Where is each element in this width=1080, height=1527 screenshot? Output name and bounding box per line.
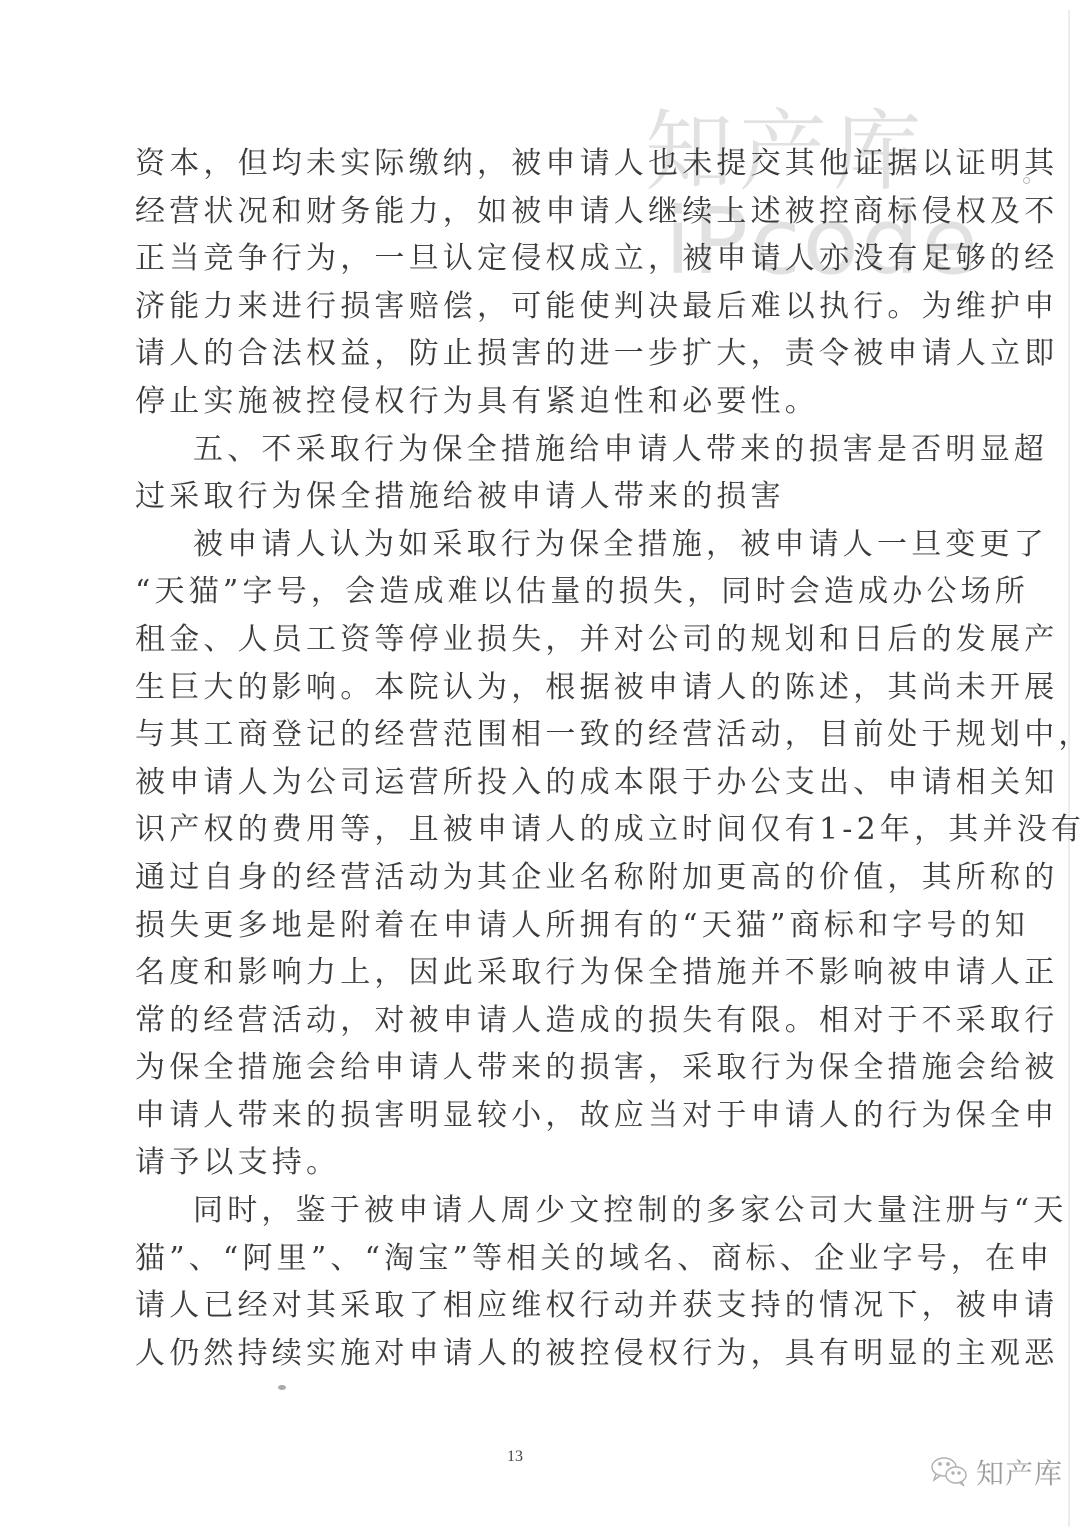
scan-speck: [947, 448, 949, 454]
section-heading: 五、不采取行为保全措施给申请人带来的损害是否明显超 过采取行为保全措施给被申请人…: [135, 426, 927, 521]
text-line: “天猫”字号，会造成难以估量的损失，同时会造成办公场所: [135, 568, 927, 616]
text-line: 人仍然持续实施对申请人的被控侵权行为，具有明显的主观恶: [135, 1330, 927, 1378]
page-number: 13: [507, 1448, 523, 1466]
paragraph-2: 被申请人认为如采取行为保全措施，被申请人一旦变更了 “天猫”字号，会造成难以估量…: [135, 521, 927, 1187]
scan-speck: [1023, 177, 1030, 184]
heading-line: 过采取行为保全措施给被申请人带来的损害: [135, 473, 927, 521]
scan-speck: [278, 1385, 286, 1390]
paragraph-3: 同时，鉴于被申请人周少文控制的多家公司大量注册与“天 猫”、“阿里”、“淘宝”等…: [135, 1187, 927, 1377]
text-line: 停止实施被控侵权行为具有紧迫性和必要性。: [135, 378, 927, 426]
text-line: 申请人带来的损害明显较小，故应当对于申请人的行为保全申: [135, 1092, 927, 1140]
wechat-icon: [930, 1455, 970, 1489]
brand-label: 知产库: [976, 1452, 1063, 1492]
text-line: 被申请人为公司运营所投入的成本限于办公支出、申请相关知: [135, 759, 927, 807]
text-line: 经营状况和财务能力，如被申请人继续上述被控商标侵权及不: [135, 188, 927, 236]
text-line: 与其工商登记的经营范围相一致的经营活动，目前处于规划中，: [135, 711, 927, 759]
brand-footer: 知产库: [930, 1452, 1063, 1492]
text-line: 识产权的费用等，且被申请人的成立时间仅有1-2年，其并没有: [135, 806, 927, 854]
text-line: 正当竞争行为，一旦认定侵权成立，被申请人亦没有足够的经: [135, 235, 927, 283]
text-line: 名度和影响力上，因此采取行为保全措施并不影响被申请人正: [135, 949, 927, 997]
document-body: 资本，但均未实际缴纳，被申请人也未提交其他证据以证明其 经营状况和财务能力，如被…: [135, 140, 927, 1377]
text-line: 资本，但均未实际缴纳，被申请人也未提交其他证据以证明其: [135, 140, 927, 188]
text-line: 常的经营活动，对被申请人造成的损失有限。相对于不采取行: [135, 997, 927, 1045]
text-line: 通过自身的经营活动为其企业名称附加更高的价值，其所称的: [135, 854, 927, 902]
text-line: 请人的合法权益，防止损害的进一步扩大，责令被申请人立即: [135, 330, 927, 378]
page-edge-line: [1068, 10, 1070, 1527]
paragraph-1: 资本，但均未实际缴纳，被申请人也未提交其他证据以证明其 经营状况和财务能力，如被…: [135, 140, 927, 426]
text-line: 为保全措施会给申请人带来的损害，采取行为保全措施会给被: [135, 1044, 927, 1092]
text-line: 租金、人员工资等停业损失，并对公司的规划和日后的发展产: [135, 616, 927, 664]
text-line: 同时，鉴于被申请人周少文控制的多家公司大量注册与“天: [135, 1187, 927, 1235]
heading-line: 五、不采取行为保全措施给申请人带来的损害是否明显超: [135, 426, 927, 474]
text-line: 猫”、“阿里”、“淘宝”等相关的域名、商标、企业字号，在申: [135, 1235, 927, 1283]
text-line: 请人已经对其采取了相应维权行动并获支持的情况下，被申请: [135, 1282, 927, 1330]
text-line: 损失更多地是附着在申请人所拥有的“天猫”商标和字号的知: [135, 902, 927, 950]
text-line: 生巨大的影响。本院认为，根据被申请人的陈述，其尚未开展: [135, 664, 927, 712]
text-line: 被申请人认为如采取行为保全措施，被申请人一旦变更了: [135, 521, 927, 569]
text-line: 济能力来进行损害赔偿，可能使判决最后难以执行。为维护申: [135, 283, 927, 331]
text-line: 请予以支持。: [135, 1139, 927, 1187]
